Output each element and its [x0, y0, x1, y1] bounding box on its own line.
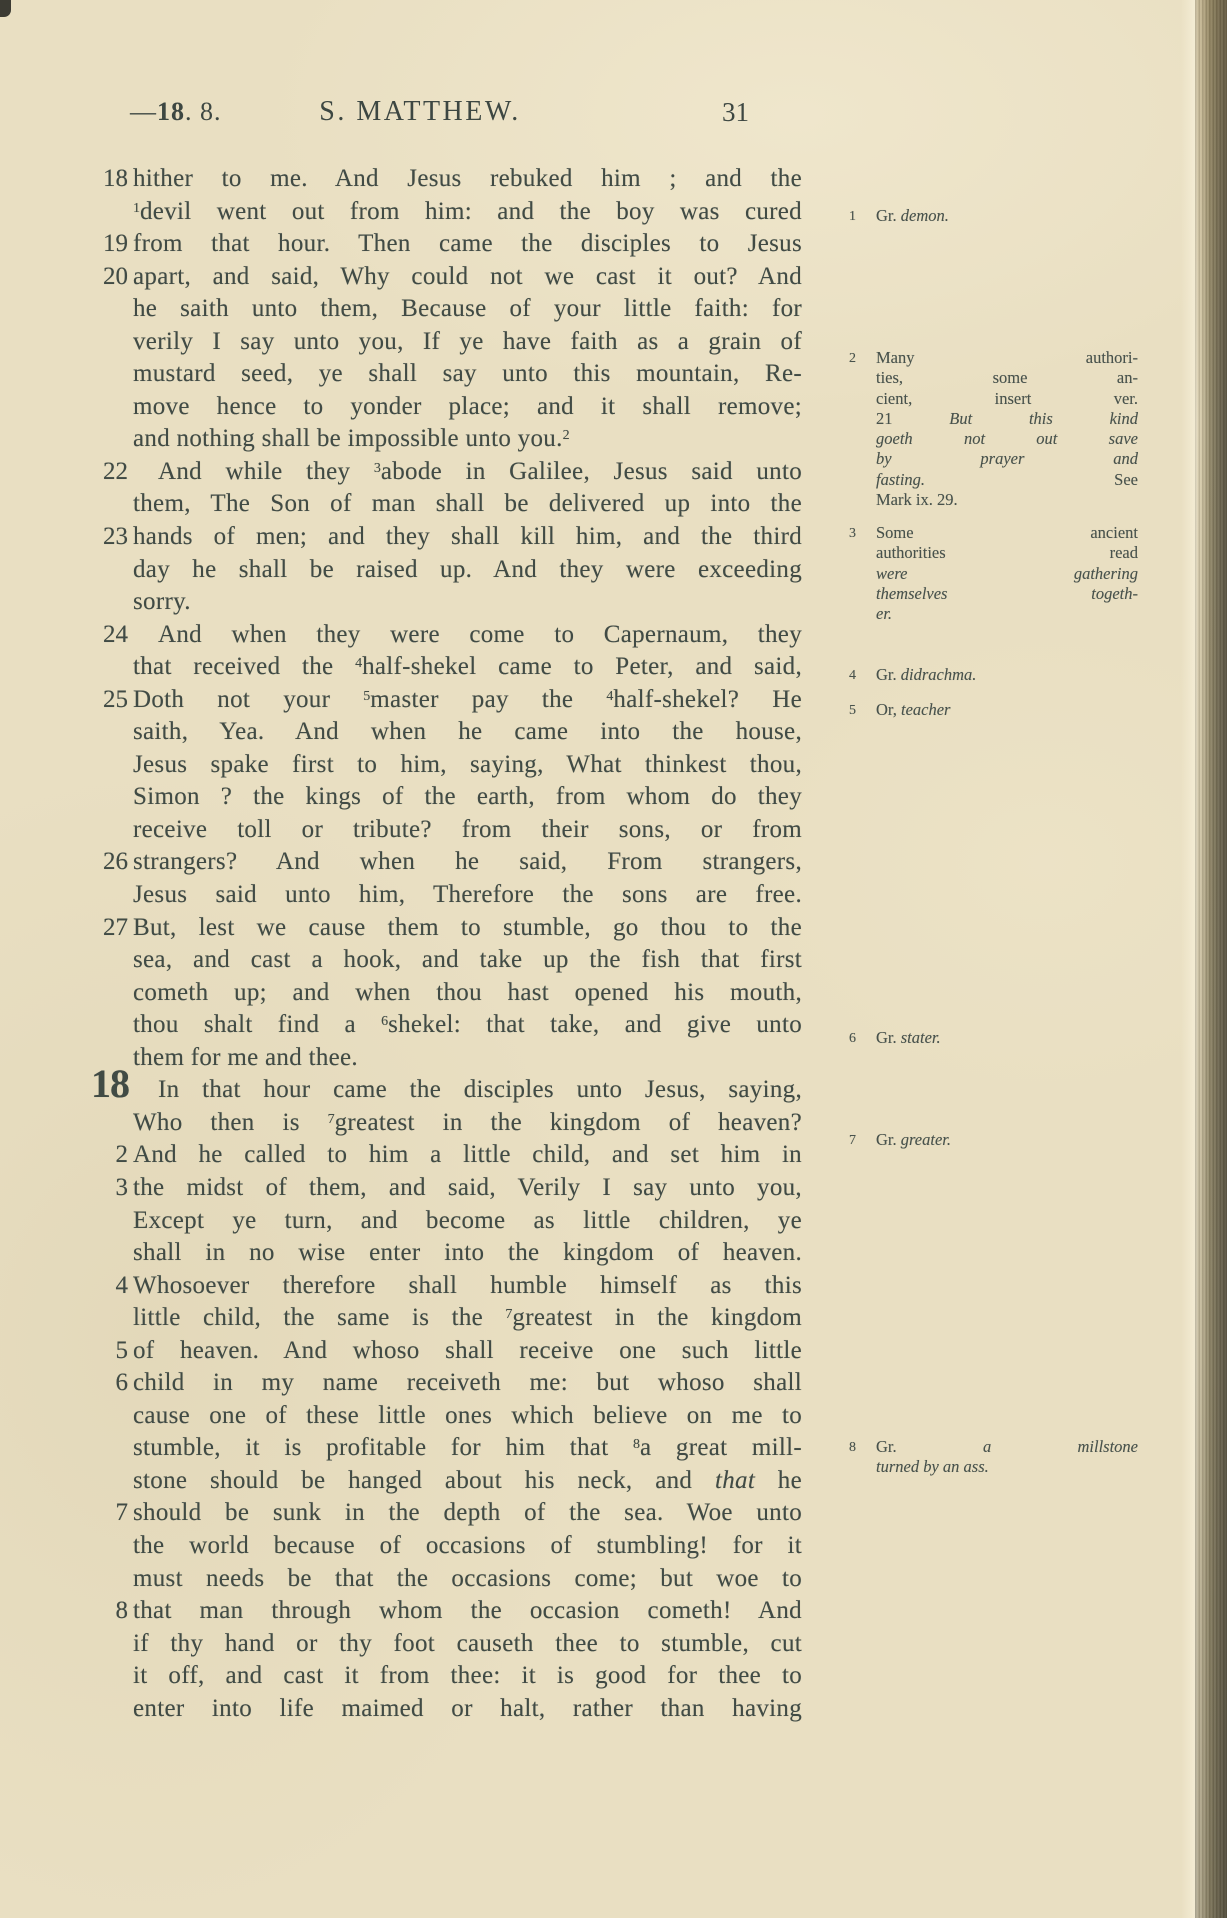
verse-number: 19 — [95, 228, 128, 261]
scripture-line: 5of heaven. And whoso shall receive one … — [95, 1335, 802, 1368]
scripture-line-text: thou shalt find a 6shekel: that take, an… — [133, 1009, 802, 1042]
margin-note-line: Gr. a millstone — [876, 1437, 1138, 1457]
text-segment: Many authori- — [876, 348, 1138, 367]
text-segment: a great mill- — [640, 1434, 802, 1461]
text-segment: Jesus spake first to him, saying, What t… — [133, 751, 802, 778]
margin-note-line: ties, some an- — [876, 368, 1138, 388]
text-segment: Simon ? the kings of the earth, from who… — [133, 783, 802, 810]
scripture-line: sea, and cast a hook, and take up the fi… — [95, 944, 802, 977]
scripture-line: 18hither to me. And Jesus rebuked him ; … — [95, 163, 802, 196]
scripture-line-text: saith, Yea. And when he came into the ho… — [133, 716, 802, 749]
scripture-line-text: that man through whom the occasion comet… — [133, 1595, 802, 1628]
text-segment: 21 — [876, 409, 949, 428]
note-number: 8 — [849, 1438, 856, 1458]
margin-note-line: Gr. greater. — [876, 1130, 1138, 1150]
text-segment: In that hour came the disciples unto Jes… — [158, 1076, 802, 1103]
scripture-line: Who then is 7greatest in the kingdom of … — [95, 1107, 802, 1140]
scripture-line-text: day he shall be raised up. And they were… — [133, 554, 802, 587]
scripture-line: Simon ? the kings of the earth, from who… — [95, 781, 802, 814]
text-segment: And he called to him a little child, and… — [133, 1141, 802, 1168]
scripture-line: 6child in my name receiveth me: but whos… — [95, 1367, 802, 1400]
text-segment: themselves togeth- — [876, 584, 1138, 603]
note-number: 1 — [849, 207, 856, 227]
margin-note: 2Many authori-ties, some an-cient, inser… — [845, 348, 1138, 510]
scripture-line: must needs be that the occasions come; b… — [95, 1563, 802, 1596]
text-segment: mustard seed, ye shall say unto this mou… — [133, 360, 802, 387]
scripture-line: move hence to yonder place; and it shall… — [95, 391, 802, 424]
scripture-line-text: must needs be that the occasions come; b… — [133, 1563, 802, 1596]
scripture-line-text: mustard seed, ye shall say unto this mou… — [133, 358, 802, 391]
text-segment: But this kind — [949, 409, 1138, 428]
scripture-line-text: them for me and thee. — [133, 1042, 802, 1075]
text-segment: Or, — [876, 700, 901, 719]
scripture-line-text: Simon ? the kings of the earth, from who… — [133, 781, 802, 814]
scripture-line: them, The Son of man shall be delivered … — [95, 488, 802, 521]
text-segment: sea, and cast a hook, and take up the fi… — [133, 946, 802, 973]
scripture-line: them for me and thee. — [95, 1042, 802, 1075]
note-number: 7 — [849, 1131, 856, 1151]
scripture-line-text: sea, and cast a hook, and take up the fi… — [133, 944, 802, 977]
scripture-line-text: In that hour came the disciples unto Jes… — [133, 1074, 802, 1107]
text-segment: abode in Galilee, Jesus said unto — [381, 458, 802, 485]
margin-note-line: by prayer and — [876, 449, 1138, 469]
text-segment: And while they — [158, 458, 374, 485]
scripture-line-text: should be sunk in the depth of the sea. … — [133, 1497, 802, 1530]
margin-note-line: Or, teacher — [876, 700, 1138, 720]
scripture-line-text: he saith unto them, Because of your litt… — [133, 293, 802, 326]
scripture-line-text: cause one of these little ones which bel… — [133, 1400, 802, 1433]
book-fore-edge — [1195, 0, 1227, 1918]
verse-number: 18 — [95, 163, 128, 196]
margin-note-line: Mark ix. 29. — [876, 490, 1138, 510]
scripture-line: 2And he called to him a little child, an… — [95, 1139, 802, 1172]
scripture-line: he saith unto them, Because of your litt… — [95, 293, 802, 326]
text-segment: that received the — [133, 653, 355, 680]
scripture-line: 19from that hour. Then came the disciple… — [95, 228, 802, 261]
text-segment: apart, and said, Why could not we cast i… — [133, 263, 802, 290]
text-segment: half-shekel came to Peter, and said, — [362, 653, 802, 680]
page-number: 31 — [722, 97, 749, 128]
scripture-line: 7should be sunk in the depth of the sea.… — [95, 1497, 802, 1530]
text-segment: stone should be hanged about his neck, a… — [133, 1467, 715, 1494]
scripture-line: thou shalt find a 6shekel: that take, an… — [95, 1009, 802, 1042]
scripture-text-column: 18hither to me. And Jesus rebuked him ; … — [95, 163, 802, 1725]
scripture-line: and nothing shall be impossible unto you… — [95, 423, 802, 456]
text-segment: greater. — [901, 1130, 951, 1149]
scripture-line: that received the 4half-shekel came to P… — [95, 651, 802, 684]
scripture-line: mustard seed, ye shall say unto this mou… — [95, 358, 802, 391]
scripture-line-text: Whosoever therefore shall humble himself… — [133, 1270, 802, 1303]
scripture-line-text: sorry. — [133, 586, 802, 619]
margin-note-line: er. — [876, 604, 1138, 624]
text-segment: er. — [876, 604, 892, 623]
text-segment: Who then is — [133, 1109, 328, 1136]
text-segment: Gr. — [876, 1130, 901, 1149]
scripture-line: verily I say unto you, If ye have faith … — [95, 326, 802, 359]
text-segment: authorities read — [876, 543, 1138, 562]
scripture-line-text: if thy hand or thy foot causeth thee to … — [133, 1628, 802, 1661]
text-segment: the midst of them, and said, Verily I sa… — [133, 1174, 802, 1201]
verse-number: 25 — [95, 684, 128, 717]
scripture-line-text: stumble, it is profitable for him that 8… — [133, 1432, 802, 1465]
scan-corner-artifact — [0, 0, 11, 17]
scripture-line: Jesus spake first to him, saying, What t… — [95, 749, 802, 782]
text-segment: them, The Son of man shall be delivered … — [133, 490, 802, 517]
scripture-line-text: But, lest we cause them to stumble, go t… — [133, 912, 802, 945]
running-head-title: S. MATTHEW. — [0, 96, 840, 128]
text-segment: Some ancient — [876, 523, 1138, 542]
text-segment: Gr. — [876, 665, 901, 684]
scripture-line: saith, Yea. And when he came into the ho… — [95, 716, 802, 749]
scripture-line: cometh up; and when thou hast opened his… — [95, 977, 802, 1010]
text-segment: if thy hand or thy foot causeth thee to … — [133, 1630, 802, 1657]
scripture-line: day he shall be raised up. And they were… — [95, 554, 802, 587]
text-segment: that man through whom the occasion comet… — [133, 1597, 802, 1624]
text-segment: didrachma. — [901, 665, 977, 684]
chapter-number: 18 — [91, 1068, 129, 1101]
text-segment: strangers? And when he said, From strang… — [133, 848, 802, 875]
text-segment: cient, insert ver. — [876, 389, 1138, 408]
text-segment: cometh up; and when thou hast opened his… — [133, 979, 802, 1006]
margin-note-line: Gr. demon. — [876, 206, 1138, 226]
margin-note-line: authorities read — [876, 543, 1138, 563]
margin-note-line: turned by an ass. — [876, 1457, 1138, 1477]
text-segment: hands of men; and they shall kill him, a… — [133, 523, 802, 550]
text-segment: receive toll or tribute? from their sons… — [133, 816, 802, 843]
margin-note-line: were gathering — [876, 564, 1138, 584]
scripture-line: 22And while they 3abode in Galilee, Jesu… — [95, 456, 802, 489]
scripture-line-text: move hence to yonder place; and it shall… — [133, 391, 802, 424]
scripture-line: enter into life maimed or halt, rather t… — [95, 1693, 802, 1726]
scripture-line-text: of heaven. And whoso shall receive one s… — [133, 1335, 802, 1368]
margin-note-line: Many authori- — [876, 348, 1138, 368]
scripture-line-text: Jesus spake first to him, saying, What t… — [133, 749, 802, 782]
text-segment: See — [925, 470, 1138, 489]
text-segment: goeth not out save — [876, 429, 1138, 448]
verse-number: 2 — [95, 1139, 128, 1172]
text-segment: must needs be that the occasions come; b… — [133, 1565, 802, 1592]
margin-note-line: Gr. stater. — [876, 1028, 1138, 1048]
footnote-reference: 1 — [133, 201, 140, 216]
footnote-reference: 3 — [374, 461, 381, 476]
scripture-line-text: the world because of occasions of stumbl… — [133, 1530, 802, 1563]
margin-note: 1Gr. demon. — [845, 206, 1138, 226]
scripture-line-text: shall in no wise enter into the kingdom … — [133, 1237, 802, 1270]
scripture-line-text: and nothing shall be impossible unto you… — [133, 423, 802, 456]
footnote-reference: 8 — [633, 1437, 640, 1452]
text-segment: Gr. — [876, 1028, 901, 1047]
text-segment: And when they were come to Capernaum, th… — [158, 621, 802, 648]
text-segment: thou shalt find a — [133, 1011, 381, 1038]
margin-note: 3Some ancientauthorities readwere gather… — [845, 523, 1138, 624]
scripture-line: stumble, it is profitable for him that 8… — [95, 1432, 802, 1465]
scripture-line: 3the midst of them, and said, Verily I s… — [95, 1172, 802, 1205]
margin-note-line: cient, insert ver. — [876, 389, 1138, 409]
scripture-line: receive toll or tribute? from their sons… — [95, 814, 802, 847]
scripture-line-text: strangers? And when he said, From strang… — [133, 846, 802, 879]
text-segment: greatest in the kingdom — [512, 1304, 802, 1331]
margin-note: 6Gr. stater. — [845, 1028, 1138, 1048]
text-segment: sorry. — [133, 588, 191, 615]
scripture-line-text: cometh up; and when thou hast opened his… — [133, 977, 802, 1010]
scripture-line: 27But, lest we cause them to stumble, go… — [95, 912, 802, 945]
scripture-line: 8that man through whom the occasion come… — [95, 1595, 802, 1628]
scripture-line: 26strangers? And when he said, From stra… — [95, 846, 802, 879]
margin-note-line: Gr. didrachma. — [876, 665, 1138, 685]
scripture-line: if thy hand or thy foot causeth thee to … — [95, 1628, 802, 1661]
text-segment: move hence to yonder place; and it shall… — [133, 393, 802, 420]
scripture-line-text: And while they 3abode in Galilee, Jesus … — [133, 456, 802, 489]
verse-number: 4 — [95, 1270, 128, 1303]
text-segment: greatest in the kingdom of heaven? — [335, 1109, 802, 1136]
text-segment: cause one of these little ones which bel… — [133, 1402, 802, 1429]
text-segment: stater. — [901, 1028, 941, 1047]
text-segment: a millstone — [983, 1437, 1138, 1456]
text-segment: day he shall be raised up. And they were… — [133, 556, 802, 583]
text-segment: enter into life maimed or halt, rather t… — [133, 1695, 802, 1722]
text-segment: by prayer and — [876, 449, 1138, 468]
verse-number: 7 — [95, 1497, 128, 1530]
text-segment: the world because of occasions of stumbl… — [133, 1532, 802, 1559]
verse-number: 6 — [95, 1367, 128, 1400]
text-segment: half-shekel? He — [613, 686, 802, 713]
note-number: 2 — [849, 349, 856, 369]
text-segment: stumble, it is profitable for him that — [133, 1434, 633, 1461]
scripture-line: Except ye turn, and become as little chi… — [95, 1205, 802, 1238]
margin-note-line: Some ancient — [876, 523, 1138, 543]
text-segment: verily I say unto you, If ye have faith … — [133, 328, 802, 355]
scripture-line-text: verily I say unto you, If ye have faith … — [133, 326, 802, 359]
text-segment: should be sunk in the depth of the sea. … — [133, 1499, 802, 1526]
verse-number: 26 — [95, 846, 128, 879]
margin-note-line: goeth not out save — [876, 429, 1138, 449]
text-segment: Doth not your — [133, 686, 363, 713]
text-segment: But, lest we cause them to stumble, go t… — [133, 914, 802, 941]
verse-number: 22 — [95, 456, 128, 489]
scripture-line-text: Doth not your 5master pay the 4half-shek… — [133, 684, 802, 717]
text-segment: were gathering — [876, 564, 1138, 583]
scripture-line: Jesus said unto him, Therefore the sons … — [95, 879, 802, 912]
verse-number: 27 — [95, 912, 128, 945]
margin-note: 5Or, teacher — [845, 700, 1138, 720]
scripture-line: 1devil went out from him: and the boy wa… — [95, 196, 802, 229]
text-segment: of heaven. And whoso shall receive one s… — [133, 1337, 802, 1364]
text-segment: Mark ix. 29. — [876, 490, 958, 509]
scripture-line-text: it off, and cast it from thee: it is goo… — [133, 1660, 802, 1693]
text-segment: Except ye turn, and become as little chi… — [133, 1207, 802, 1234]
scripture-line: 4Whosoever therefore shall humble himsel… — [95, 1270, 802, 1303]
margin-note: 4Gr. didrachma. — [845, 665, 1138, 685]
text-segment: saith, Yea. And when he came into the ho… — [133, 718, 802, 745]
scripture-line-text: apart, and said, Why could not we cast i… — [133, 261, 802, 294]
text-segment: Jesus said unto him, Therefore the sons … — [133, 881, 802, 908]
scripture-line-text: And he called to him a little child, and… — [133, 1139, 802, 1172]
scripture-line-text: 1devil went out from him: and the boy wa… — [133, 196, 802, 229]
scripture-line-text: hands of men; and they shall kill him, a… — [133, 521, 802, 554]
text-segment: he saith unto them, Because of your litt… — [133, 295, 802, 322]
text-segment: fasting. — [876, 470, 925, 489]
text-segment: teacher — [901, 700, 950, 719]
margin-note: 8Gr. a millstoneturned by an ass. — [845, 1437, 1138, 1478]
scripture-line: 20apart, and said, Why could not we cast… — [95, 261, 802, 294]
margin-note-line: themselves togeth- — [876, 584, 1138, 604]
text-segment: he — [755, 1467, 802, 1494]
margin-note-line: 21 But this kind — [876, 409, 1138, 429]
note-number: 4 — [849, 666, 856, 686]
scripture-line-text: Except ye turn, and become as little chi… — [133, 1205, 802, 1238]
text-segment: and nothing shall be impossible unto you… — [133, 425, 563, 452]
margin-note-line: fasting. See — [876, 470, 1138, 490]
margin-note: 7Gr. greater. — [845, 1130, 1138, 1150]
note-number: 5 — [849, 701, 856, 721]
text-segment: Gr. — [876, 1437, 983, 1456]
chapter-start-line: 18In that hour came the disciples unto J… — [95, 1074, 802, 1107]
text-segment: child in my name receiveth me: but whoso… — [133, 1369, 802, 1396]
scripture-line-text: hither to me. And Jesus rebuked him ; an… — [133, 163, 802, 196]
note-number: 6 — [849, 1029, 856, 1049]
scripture-line: stone should be hanged about his neck, a… — [95, 1465, 802, 1498]
scripture-line-text: Jesus said unto him, Therefore the sons … — [133, 879, 802, 912]
footnote-reference: 2 — [563, 428, 570, 443]
scripture-line: cause one of these little ones which bel… — [95, 1400, 802, 1433]
text-segment: master pay the — [370, 686, 606, 713]
text-segment: Whosoever therefore shall humble himself… — [133, 1272, 802, 1299]
scripture-line-text: child in my name receiveth me: but whoso… — [133, 1367, 802, 1400]
scripture-line: the world because of occasions of stumbl… — [95, 1530, 802, 1563]
scripture-line: sorry. — [95, 586, 802, 619]
text-segment: demon. — [901, 206, 949, 225]
scripture-line-text: the midst of them, and said, Verily I sa… — [133, 1172, 802, 1205]
scripture-line: 23hands of men; and they shall kill him,… — [95, 521, 802, 554]
verse-number: 3 — [95, 1172, 128, 1205]
scripture-line: shall in no wise enter into the kingdom … — [95, 1237, 802, 1270]
scripture-line-text: Who then is 7greatest in the kingdom of … — [133, 1107, 802, 1140]
text-segment: shall in no wise enter into the kingdom … — [133, 1239, 802, 1266]
text-segment: shekel: that take, and give unto — [388, 1011, 802, 1038]
text-segment: that — [715, 1467, 755, 1494]
text-segment: turned by an ass. — [876, 1457, 989, 1476]
scripture-line-text: receive toll or tribute? from their sons… — [133, 814, 802, 847]
verse-number: 20 — [95, 261, 128, 294]
note-number: 3 — [849, 524, 856, 544]
scripture-line-text: stone should be hanged about his neck, a… — [133, 1465, 802, 1498]
text-segment: little child, the same is the — [133, 1304, 505, 1331]
scripture-line-text: enter into life maimed or halt, rather t… — [133, 1693, 802, 1726]
scripture-line: it off, and cast it from thee: it is goo… — [95, 1660, 802, 1693]
book-page-scan: —18. 8. S. MATTHEW. 31 18hither to me. A… — [0, 0, 1227, 1918]
text-segment: them for me and thee. — [133, 1044, 358, 1071]
text-segment: it off, and cast it from thee: it is goo… — [133, 1662, 802, 1689]
verse-number: 5 — [95, 1335, 128, 1368]
scripture-line-text: from that hour. Then came the disciples … — [133, 228, 802, 261]
scripture-line-text: that received the 4half-shekel came to P… — [133, 651, 802, 684]
text-segment: ties, some an- — [876, 368, 1138, 387]
scripture-line: little child, the same is the 7greatest … — [95, 1302, 802, 1335]
scripture-line-text: And when they were come to Capernaum, th… — [133, 619, 802, 652]
text-segment: from that hour. Then came the disciples … — [133, 230, 802, 257]
footnote-reference: 7 — [328, 1112, 335, 1127]
verse-number: 24 — [95, 619, 128, 652]
scripture-line: 24And when they were come to Capernaum, … — [95, 619, 802, 652]
verse-number: 8 — [95, 1595, 128, 1628]
text-segment: devil went out from him: and the boy was… — [140, 198, 802, 225]
text-segment: Gr. — [876, 206, 901, 225]
text-segment: hither to me. And Jesus rebuked him ; an… — [133, 165, 802, 192]
verse-number: 23 — [95, 521, 128, 554]
scripture-line-text: little child, the same is the 7greatest … — [133, 1302, 802, 1335]
scripture-line: 25Doth not your 5master pay the 4half-sh… — [95, 684, 802, 717]
scripture-line-text: them, The Son of man shall be delivered … — [133, 488, 802, 521]
